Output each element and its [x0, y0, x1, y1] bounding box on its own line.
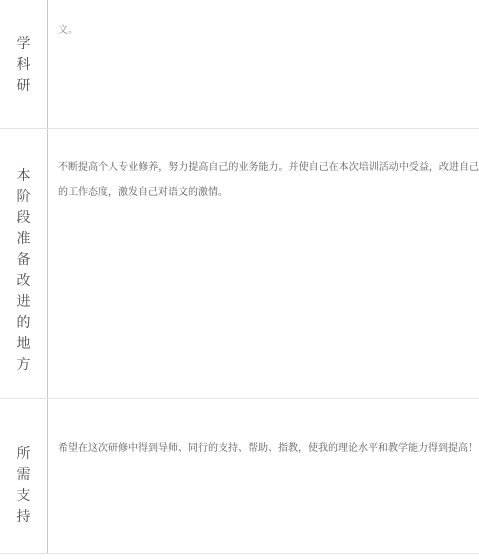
row-content-text: 不断提高个人专业修养，努力提高自己的业务能力。并使自己在本次培训活动中受益，改进…	[58, 155, 479, 205]
row-header-label: 本 阶 段 准 备 改 进 的 地 方	[0, 166, 47, 376]
row-content-text: 希望在这次研修中得到导师、同行的支持、帮助、指教，使我的理论水平和教学能力得到提…	[58, 436, 479, 461]
row-header-cell: 本 阶 段 准 备 改 进 的 地 方	[0, 129, 48, 398]
table-row-improvement-areas: 本 阶 段 准 备 改 进 的 地 方 不断提高个人专业修养，努力提高自己的业务…	[0, 129, 479, 399]
row-content-cell: 文。	[48, 0, 479, 128]
document-page: 学 科 研 文。 本 阶 段 准 备 改 进 的 地 方 不断提高个人专业修养，…	[0, 0, 479, 559]
row-content-cell: 希望在这次研修中得到导师、同行的支持、帮助、指教，使我的理论水平和教学能力得到提…	[48, 399, 479, 553]
row-header-label: 所 需 支 持	[0, 444, 47, 528]
plan-form-table: 学 科 研 文。 本 阶 段 准 备 改 进 的 地 方 不断提高个人专业修养，…	[0, 0, 479, 554]
row-header-cell: 所 需 支 持	[0, 399, 48, 553]
row-header-cell: 学 科 研	[0, 0, 48, 128]
row-header-label: 学 科 研	[0, 34, 47, 97]
table-row-subject-research: 学 科 研 文。	[0, 0, 479, 129]
row-content-cell: 不断提高个人专业修养，努力提高自己的业务能力。并使自己在本次培训活动中受益，改进…	[48, 129, 479, 398]
table-row-support-needed: 所 需 支 持 希望在这次研修中得到导师、同行的支持、帮助、指教，使我的理论水平…	[0, 399, 479, 554]
row-content-text: 文。	[58, 23, 479, 39]
